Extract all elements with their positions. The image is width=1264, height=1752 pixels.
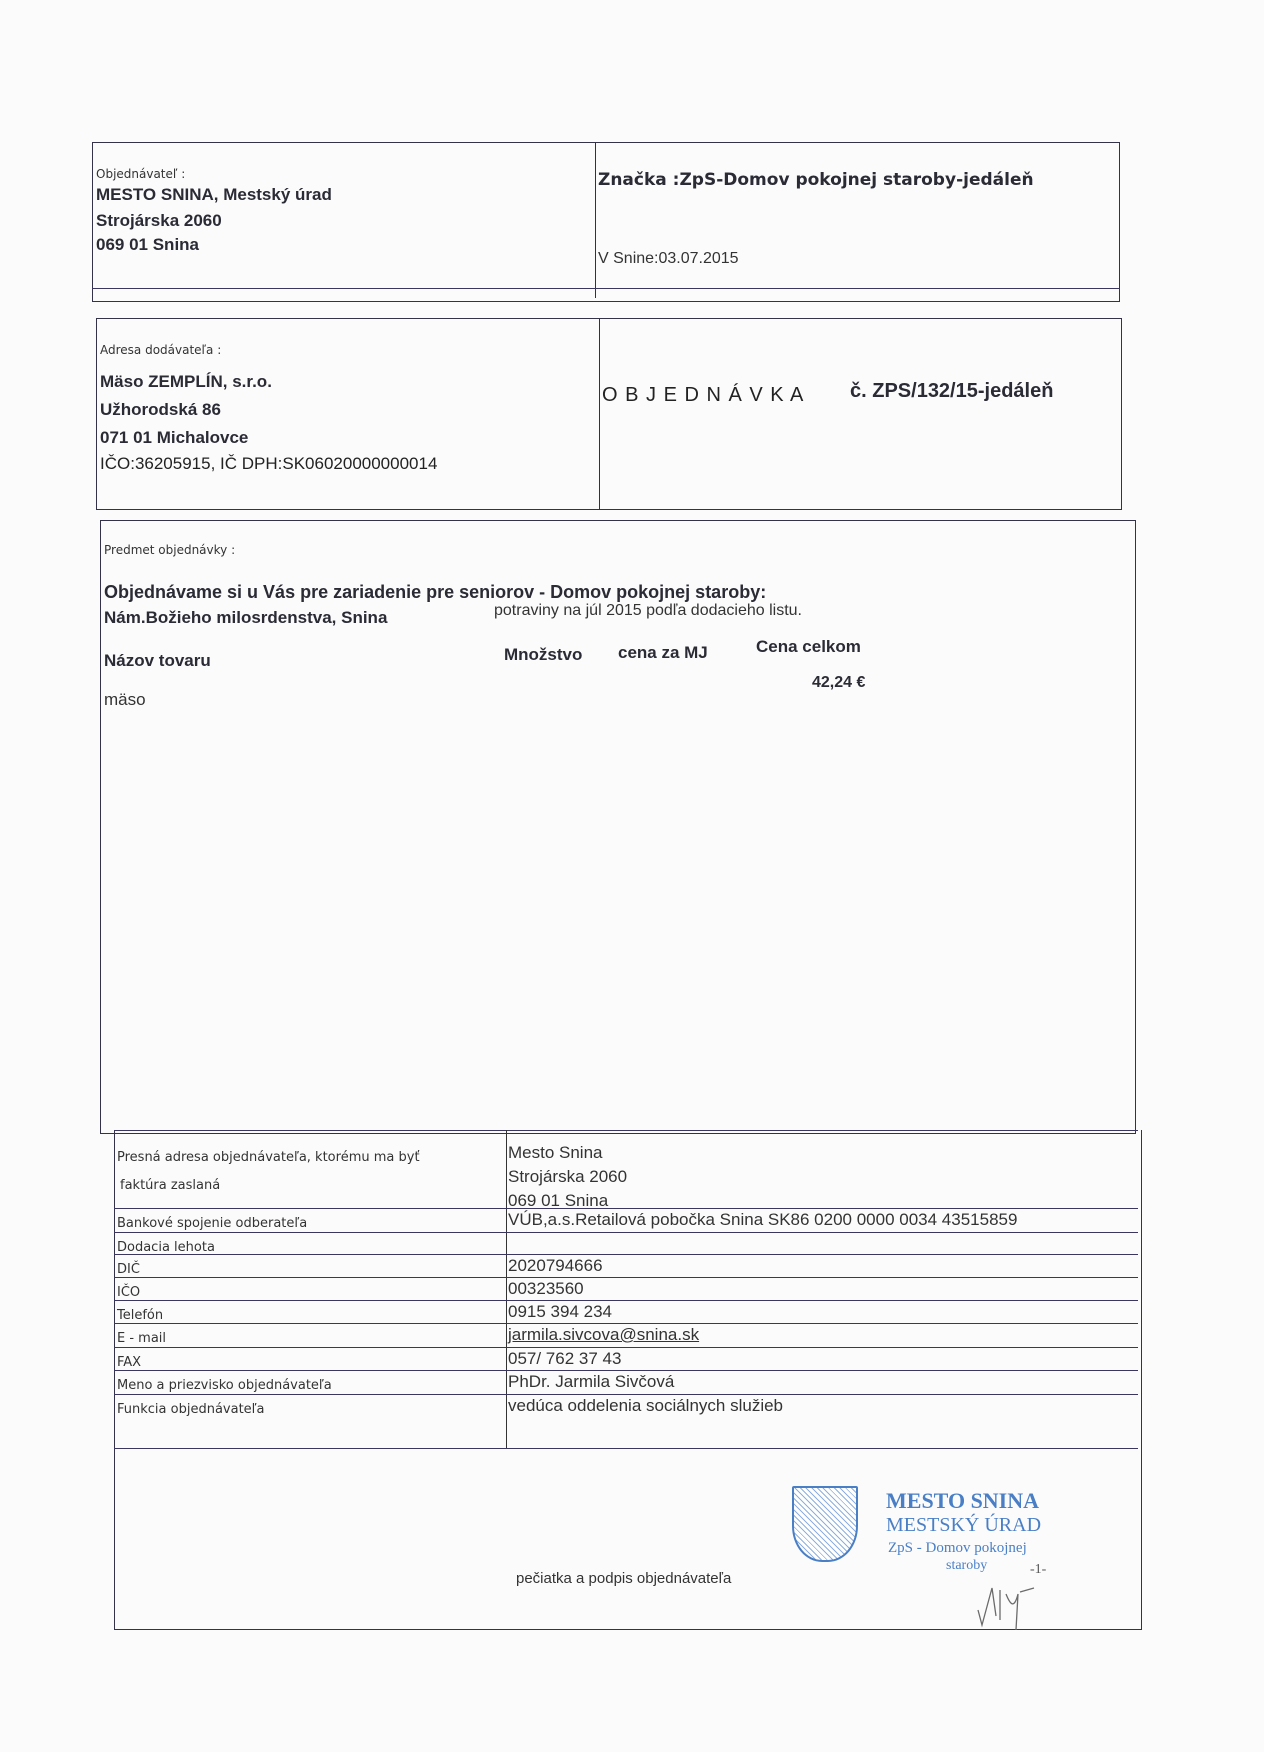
divider	[114, 1370, 1138, 1371]
detail-value: 00323560	[508, 1279, 584, 1299]
divider	[114, 1300, 1138, 1301]
stamp-coat-of-arms-icon	[792, 1486, 858, 1562]
detail-label: Bankové spojenie odberateľa	[117, 1216, 307, 1231]
subject-label: Predmet objednávky :	[104, 543, 235, 557]
signature-label: pečiatka a podpis objednávateľa	[516, 1570, 731, 1587]
detail-value: 0915 394 234	[508, 1302, 612, 1322]
order-title: O B J E D N Á V K A	[602, 384, 804, 407]
reference-mark: Značka :ZpS-Domov pokojnej staroby-jedál…	[598, 170, 1034, 190]
detail-value: PhDr. Jarmila Sivčová	[508, 1372, 674, 1392]
detail-value: VÚB,a.s.Retailová pobočka Snina SK86 020…	[508, 1210, 1017, 1230]
detail-label: Funkcia objednávateľa	[117, 1402, 265, 1417]
supplier-section	[96, 318, 1122, 510]
detail-value: vedúca oddelenia sociálnych služieb	[508, 1396, 783, 1416]
divider	[114, 1347, 1138, 1348]
order-date: V Snine:03.07.2015	[598, 250, 739, 268]
column-quantity: Množstvo	[504, 645, 582, 665]
subject-address: Nám.Božieho milosrdenstva, Snina	[104, 608, 387, 628]
divider	[114, 1254, 1138, 1255]
stamp-line: MESTO SNINA	[886, 1488, 1039, 1514]
divider	[114, 1208, 1138, 1209]
detail-value: 2020794666	[508, 1256, 603, 1276]
orderer-section	[92, 142, 1120, 302]
divider	[595, 142, 596, 298]
divider	[114, 1130, 1138, 1131]
detail-value: 057/ 762 37 43	[508, 1349, 621, 1369]
invoice-address-line: Strojárska 2060	[508, 1167, 627, 1187]
divider	[506, 1130, 507, 1448]
signature-scribble-icon	[970, 1570, 1060, 1640]
column-item: Názov tovaru	[104, 651, 211, 671]
invoice-address-label: Presná adresa objednávateľa, ktorému ma …	[117, 1150, 420, 1165]
stamp-line: MESTSKÝ ÚRAD	[886, 1514, 1041, 1537]
supplier-street: Užhorodská 86	[100, 400, 221, 420]
divider	[599, 318, 600, 510]
order-number: č. ZPS/132/15-jedáleň	[850, 380, 1053, 403]
column-total: Cena celkom	[756, 637, 861, 657]
subject-line: Objednávame si u Vás pre zariadenie pre …	[104, 582, 766, 603]
column-unit-price: cena za MJ	[618, 643, 708, 663]
divider	[114, 1394, 1138, 1395]
orderer-label: Objednávateľ :	[96, 167, 185, 181]
divider	[114, 1232, 1138, 1233]
detail-label: Meno a priezvisko objednávateľa	[117, 1378, 332, 1393]
invoice-address-line: Mesto Snina	[508, 1143, 603, 1163]
item-name: mäso	[104, 690, 146, 710]
supplier-city: 071 01 Michalovce	[100, 428, 248, 448]
item-total: 42,24 €	[812, 674, 865, 692]
supplier-ids: IČO:36205915, IČ DPH:SK06020000000014	[100, 454, 437, 474]
subject-note: potraviny na júl 2015 podľa dodacieho li…	[494, 602, 802, 620]
supplier-name: Mäso ZEMPLÍN, s.r.o.	[100, 372, 272, 392]
invoice-address-label-2: faktúra zaslaná	[120, 1178, 220, 1193]
divider	[114, 1323, 1138, 1324]
detail-value[interactable]: jarmila.sivcova@snina.sk	[508, 1325, 699, 1345]
detail-label: E - mail	[117, 1331, 166, 1346]
detail-label: FAX	[117, 1355, 141, 1370]
orderer-city: 069 01 Snina	[96, 235, 199, 255]
detail-label: DIČ	[117, 1262, 140, 1277]
divider	[114, 1448, 1138, 1449]
orderer-name: MESTO SNINA, Mestský úrad	[96, 185, 332, 205]
detail-label: Dodacia lehota	[117, 1240, 215, 1255]
detail-label: IČO	[117, 1285, 140, 1300]
divider	[92, 288, 1120, 289]
divider	[114, 1277, 1138, 1278]
stamp-line: ZpS - Domov pokojnej	[888, 1540, 1027, 1557]
supplier-label: Adresa dodávateľa :	[100, 343, 221, 357]
orderer-street: Strojárska 2060	[96, 211, 222, 231]
detail-label: Telefón	[117, 1308, 163, 1323]
